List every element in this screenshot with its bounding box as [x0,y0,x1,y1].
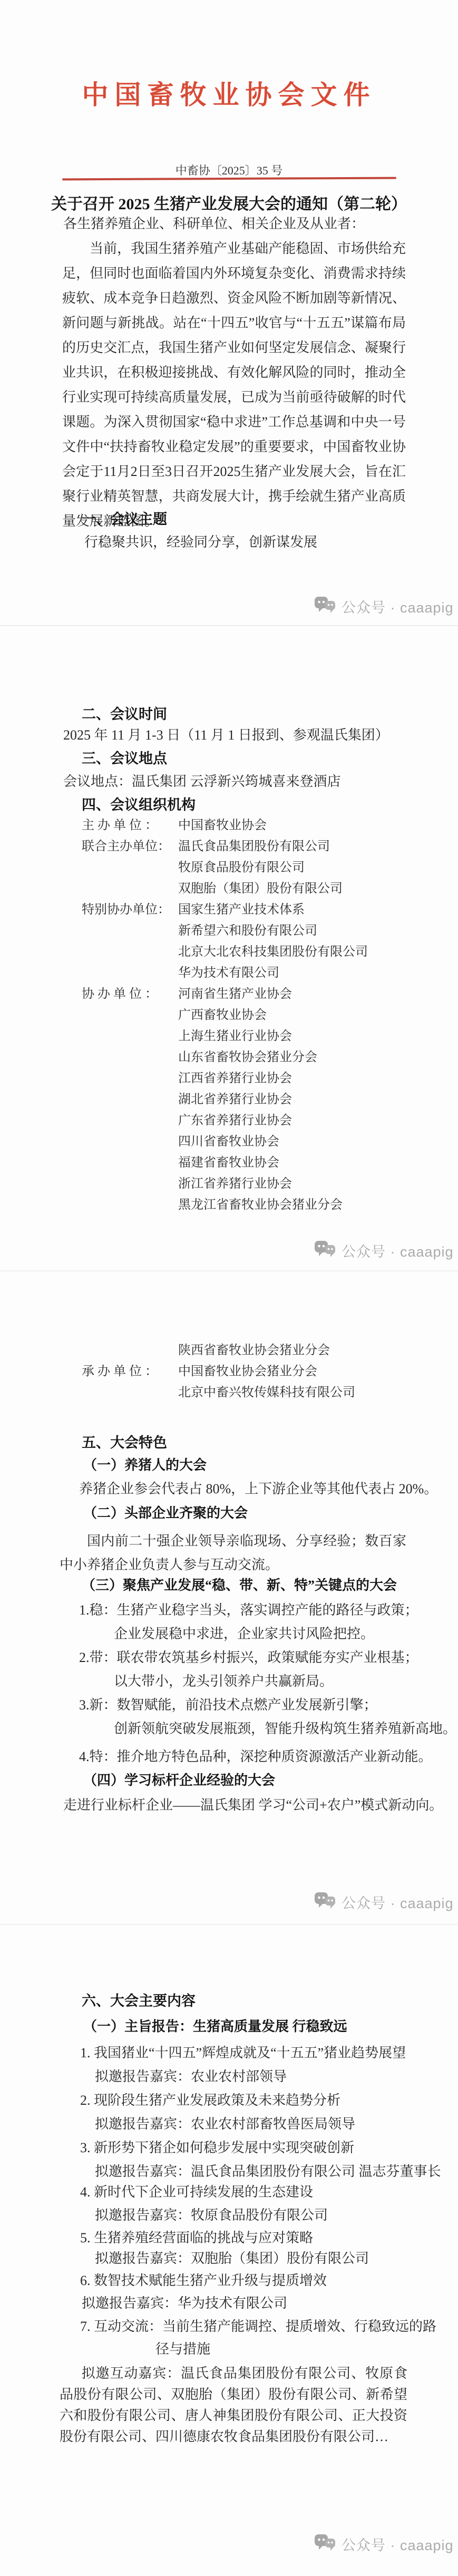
feature-4-body: 走进行业标杆企业——温氏集团 学习“公司+农户”模式新动向。 [63,1796,443,1814]
conference-theme: 行稳聚共识，经验同分享，创新谋发展 [84,533,317,551]
keynote-part-heading: （一）主旨报告：生猪高质量发展 行稳致远 [83,2018,347,2036]
agenda-item-guest: 拟邀报告嘉宾：农业农村部畜牧兽医局领导 [95,2115,355,2133]
document-number: 中畜协〔2025〕35 号 [0,163,458,179]
feature-2-heading: （二）头部企业齐聚的大会 [83,1504,248,1522]
agenda-item-7-title-cont: 径与措施 [155,2340,210,2358]
supporter-item: 广东省养猪行业协会 [178,1112,292,1129]
scanned-notice-document: 中国畜牧业协会文件 中畜协〔2025〕35 号 关于召开 2025 生猪产业发展… [0,0,458,2576]
feature-3-point-special: 4.特：推介地方特色品种，深挖种质资源激活产业新动能。 [79,1748,432,1766]
cohost-item: 温氏食品集团股份有限公司 [178,838,330,855]
salutation-line: 各生猪养殖企业、科研单位、相关企业及从业者： [63,215,365,233]
cohost-label: 联合主办单位： [82,838,170,855]
wechat-icon [314,2533,336,2555]
feature-4-heading: （四）学习标杆企业经验的大会 [83,1772,275,1790]
supporter-item: 黑龙江省畜牧业协会猪业分会 [178,1197,343,1213]
feature-3-point-stable: 1.稳：生猪产业稳字当头，落实调控产能的路径与政策； [79,1601,418,1619]
supporter-label: 协 办 单 位 ： [82,986,158,1003]
watermark-label: 公众号 · caaapig [342,1892,454,1912]
section-4-heading: 四、会议组织机构 [82,796,196,814]
feature-3-point-stable-cont: 企业发展稳中求进，企业家共讨风险把控。 [114,1625,374,1643]
section-1-heading: 一、会议主题 [82,510,167,528]
special-support-item: 新希望六和股份有限公司 [178,922,317,939]
wechat-watermark: 公众号 · caaapig [314,1240,454,1261]
page-divider [0,625,458,626]
special-support-item: 北京大北农科技集团股份有限公司 [178,944,368,960]
section-3-heading: 三、会议地点 [82,750,167,767]
special-support-item: 国家生猪产业技术体系 [178,901,305,918]
supporter-item: 上海生猪业行业协会 [178,1028,292,1045]
feature-3-point-link: 2.带：联农带农筑基乡村振兴，政策赋能夯实产业根基； [79,1649,418,1667]
feature-1-body: 养猪企业参会代表占 80%，上下游企业等其他代表占 20%。 [79,1480,437,1498]
agenda-item-title: 6. 数智技术赋能生猪产业升级与提质增效 [80,2272,327,2290]
supporter-item: 陕西省畜牧业协会猪业分会 [178,1342,330,1359]
feature-3-point-link-cont: 以大带小，龙头引领养户共赢新局。 [114,1673,333,1690]
wechat-icon [314,1240,336,1261]
agenda-item-7-title: 7. 互动交流：当前生猪产能调控、提质增效、行稳致远的路 [80,2318,436,2336]
wechat-watermark: 公众号 · caaapig [314,2533,454,2555]
supporter-item: 江西省养猪行业协会 [178,1070,292,1087]
agenda-item-title: 1. 我国猪业“十四五”辉煌成就及“十五五”猪业趋势展望 [80,2044,406,2062]
agenda-item-guest: 拟邀报告嘉宾：牧原食品股份有限公司 [95,2206,328,2224]
agenda-item-guest: 拟邀报告嘉宾：华为技术有限公司 [82,2295,287,2312]
wechat-watermark: 公众号 · caaapig [314,1891,454,1913]
wechat-icon [314,1891,336,1913]
feature-1-heading: （一）养猪人的大会 [83,1456,207,1474]
agenda-item-title: 4. 新时代下企业可持续发展的生态建设 [80,2183,313,2201]
meeting-time: 2025 年 11 月 1-3 日（11 月 1 日报到、参观温氏集团） [63,726,389,744]
watermark-label: 公众号 · caaapig [342,1240,454,1261]
cohost-item: 双胞胎（集团）股份有限公司 [178,880,343,897]
supporter-item: 山东省畜牧协会猪业分会 [178,1049,317,1066]
host-label: 主 办 单 位 ： [82,817,158,834]
agenda-item-7-guests: 拟邀互动嘉宾：温氏食品集团股份有限公司、牧原食品股份有限公司、双胞胎（集团）股份… [60,2363,407,2447]
section-6-heading: 六、大会主要内容 [82,1992,196,2010]
agenda-item-guest: 拟邀报告嘉宾：农业农村部领导 [95,2068,287,2086]
agenda-item-guest: 拟邀报告嘉宾：双胞胎（集团）股份有限公司 [95,2250,369,2268]
supporter-item: 浙江省养猪行业协会 [178,1175,292,1192]
agenda-item-title: 5. 生猪养殖经营面临的挑战与应对策略 [80,2229,313,2247]
agenda-item-title: 2. 现阶段生猪产业发展政策及未来趋势分析 [80,2092,340,2110]
meeting-venue: 会议地点：温氏集团 云浮新兴筠城喜来登酒店 [63,773,341,791]
organizer-label: 承 办 单 位 ： [82,1363,158,1380]
feature-3-point-new-cont: 创新领航突破发展瓶颈，智能升级构筑生猪养殖新高地。 [114,1720,456,1738]
organizer-item: 中国畜牧业协会猪业分会 [178,1363,317,1380]
cohost-item: 牧原食品股份有限公司 [178,859,305,876]
organizer-item: 北京中畜兴牧传媒科技有限公司 [178,1384,355,1401]
feature-2-body: 国内前二十强企业领导亲临现场、分享经验；数百家中小养猪企业负责人参与互动交流。 [60,1529,406,1577]
watermark-label: 公众号 · caaapig [342,596,454,617]
notice-title: 关于召开 2025 生猪产业发展大会的通知（第二轮） [0,194,458,215]
supporter-item: 湖北省养猪行业协会 [178,1091,292,1108]
agenda-item-guest: 拟邀报告嘉宾：温氏食品集团股份有限公司 温志芬董事长 [95,2163,441,2181]
feature-3-point-new: 3.新：数智赋能，前沿技术点燃产业发展新引擎； [79,1696,377,1714]
agenda-item-title: 3. 新形势下猪企如何稳步发展中实现突破创新 [80,2139,354,2157]
section-2-heading: 二、会议时间 [82,705,167,723]
wechat-watermark: 公众号 · caaapig [314,596,454,617]
special-support-label: 特别协办单位： [82,901,170,918]
section-5-heading: 五、大会特色 [82,1434,167,1452]
wechat-icon [314,596,336,617]
association-letterhead-title: 中国畜牧业协会文件 [0,78,458,112]
supporter-item: 四川省畜牧业协会 [178,1133,279,1150]
feature-3-heading: （三）聚焦产业发展“稳、带、新、特”关键点的大会 [82,1577,397,1595]
supporter-item: 广西畜牧业协会 [178,1007,267,1024]
page-divider [0,1924,458,1925]
watermark-label: 公众号 · caaapig [342,2534,454,2554]
supporter-item: 福建省畜牧业协会 [178,1154,279,1171]
host-name: 中国畜牧业协会 [178,817,267,834]
intro-paragraph: 当前，我国生猪养殖产业基础产能稳固、市场供给充足，但同时也面临着国内外环境复杂变… [62,236,406,533]
page-divider [0,1270,458,1271]
supporter-item: 河南省生猪产业协会 [178,986,292,1003]
special-support-item: 华为技术有限公司 [178,965,279,981]
